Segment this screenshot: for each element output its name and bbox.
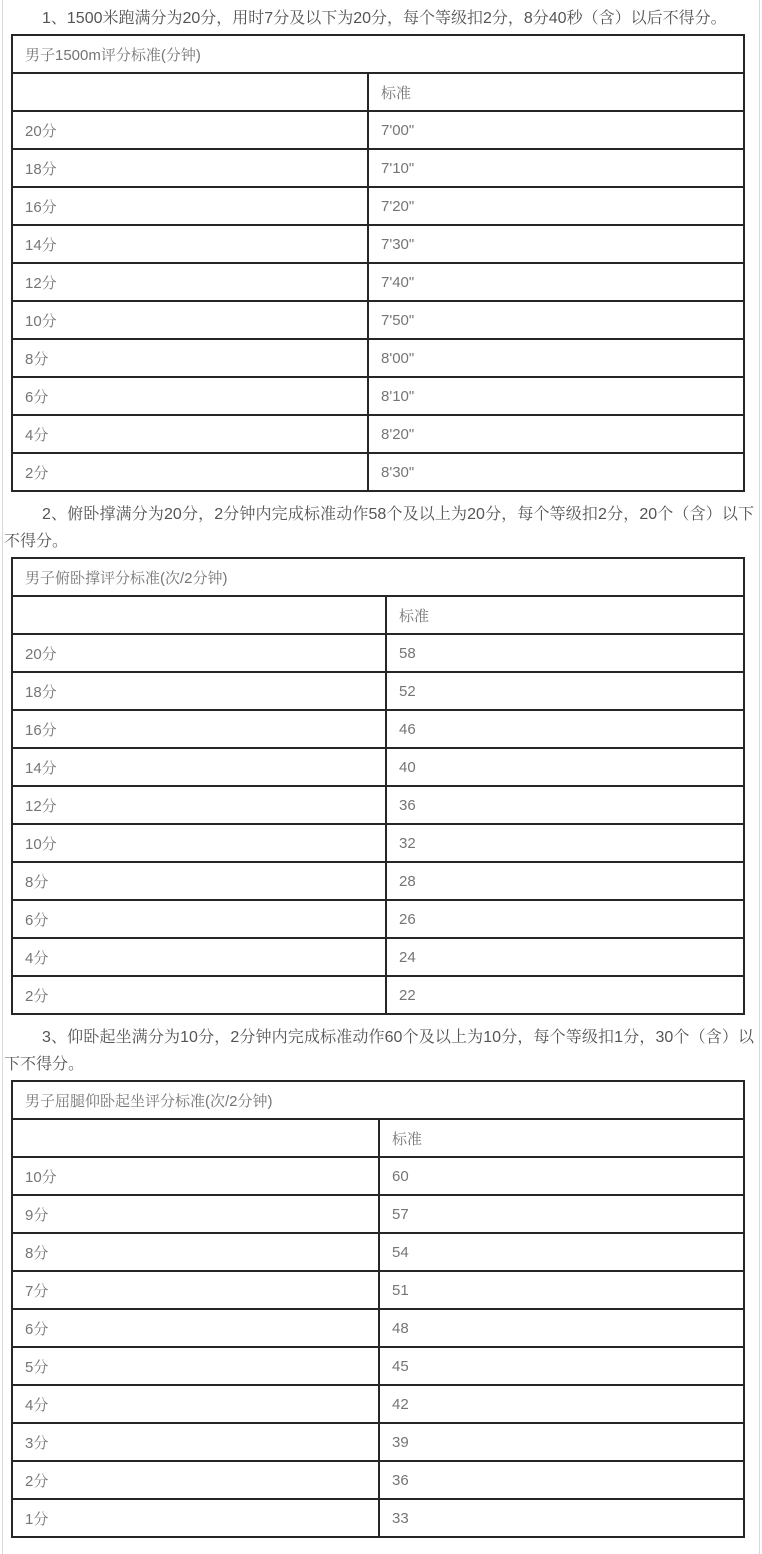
table-row: 8分54 xyxy=(12,1233,744,1271)
table-row: 3分39 xyxy=(12,1423,744,1461)
score-table: 男子屈腿仰卧起坐评分标准(次/2分钟) 标准 10分609分578分547分51… xyxy=(11,1080,745,1538)
standard-value-cell: 7'10" xyxy=(368,149,744,187)
standard-value-cell: 7'00" xyxy=(368,111,744,149)
table-title: 男子俯卧撑评分标准(次/2分钟) xyxy=(12,558,744,596)
table-row: 4分42 xyxy=(12,1385,744,1423)
standard-value-cell: 26 xyxy=(386,900,744,938)
table-row: 12分36 xyxy=(12,786,744,824)
standard-value-cell: 8'00" xyxy=(368,339,744,377)
score-cell: 2分 xyxy=(12,1461,379,1499)
table-row: 16分46 xyxy=(12,710,744,748)
standard-header-cell: 标准 xyxy=(379,1119,744,1157)
table-header-row: 标准 xyxy=(12,73,744,111)
section-paragraph: 1、1500米跑满分为20分，用时7分及以下为20分，每个等级扣2分，8分40秒… xyxy=(4,5,754,32)
table-row: 12分7'40" xyxy=(12,263,744,301)
score-cell: 16分 xyxy=(12,710,386,748)
score-cell: 2分 xyxy=(12,976,386,1014)
score-cell: 5分 xyxy=(12,1347,379,1385)
score-cell: 9分 xyxy=(12,1195,379,1233)
score-cell: 12分 xyxy=(12,263,368,301)
score-cell: 12分 xyxy=(12,786,386,824)
standard-value-cell: 58 xyxy=(386,634,744,672)
table-row: 16分7'20" xyxy=(12,187,744,225)
empty-header-cell xyxy=(12,73,368,111)
standard-value-cell: 8'10" xyxy=(368,377,744,415)
standard-value-cell: 32 xyxy=(386,824,744,862)
score-table: 男子俯卧撑评分标准(次/2分钟) 标准 20分5818分5216分4614分40… xyxy=(11,557,745,1015)
page-left-edge-line xyxy=(2,0,3,1554)
score-cell: 20分 xyxy=(12,634,386,672)
standard-value-cell: 48 xyxy=(379,1309,744,1347)
score-cell: 8分 xyxy=(12,862,386,900)
table-row: 10分60 xyxy=(12,1157,744,1195)
document-body: 1、1500米跑满分为20分，用时7分及以下为20分，每个等级扣2分，8分40秒… xyxy=(0,5,762,1538)
standard-value-cell: 36 xyxy=(386,786,744,824)
standard-header-cell: 标准 xyxy=(386,596,744,634)
standard-value-cell: 46 xyxy=(386,710,744,748)
table-row: 18分52 xyxy=(12,672,744,710)
standard-value-cell: 33 xyxy=(379,1499,744,1537)
score-section: 1、1500米跑满分为20分，用时7分及以下为20分，每个等级扣2分，8分40秒… xyxy=(0,5,762,492)
standard-value-cell: 22 xyxy=(386,976,744,1014)
table-row: 2分36 xyxy=(12,1461,744,1499)
score-section: 3、仰卧起坐满分为10分，2分钟内完成标准动作60个及以上为10分，每个等级扣1… xyxy=(0,1024,762,1538)
score-cell: 4分 xyxy=(12,1385,379,1423)
score-cell: 6分 xyxy=(12,900,386,938)
score-cell: 3分 xyxy=(12,1423,379,1461)
standard-value-cell: 52 xyxy=(386,672,744,710)
score-cell: 8分 xyxy=(12,339,368,377)
standard-value-cell: 8'20" xyxy=(368,415,744,453)
table-header-row: 标准 xyxy=(12,596,744,634)
section-paragraph: 2、俯卧撑满分为20分，2分钟内完成标准动作58个及以上为20分，每个等级扣2分… xyxy=(4,501,754,555)
table-row: 20分7'00" xyxy=(12,111,744,149)
standard-value-cell: 40 xyxy=(386,748,744,786)
table-header-row: 标准 xyxy=(12,1119,744,1157)
score-cell: 7分 xyxy=(12,1271,379,1309)
score-cell: 2分 xyxy=(12,453,368,491)
standard-value-cell: 51 xyxy=(379,1271,744,1309)
score-table: 男子1500m评分标准(分钟) 标准 20分7'00"18分7'10"16分7'… xyxy=(11,34,745,492)
table-title: 男子屈腿仰卧起坐评分标准(次/2分钟) xyxy=(12,1081,744,1119)
table-row: 10分7'50" xyxy=(12,301,744,339)
table-row: 5分45 xyxy=(12,1347,744,1385)
score-cell: 20分 xyxy=(12,111,368,149)
score-cell: 4分 xyxy=(12,415,368,453)
page-right-edge-line xyxy=(759,0,760,1554)
score-section: 2、俯卧撑满分为20分，2分钟内完成标准动作58个及以上为20分，每个等级扣2分… xyxy=(0,501,762,1015)
table-row: 7分51 xyxy=(12,1271,744,1309)
score-cell: 14分 xyxy=(12,225,368,263)
score-cell: 10分 xyxy=(12,824,386,862)
table-row: 1分33 xyxy=(12,1499,744,1537)
standard-value-cell: 60 xyxy=(379,1157,744,1195)
section-paragraph: 3、仰卧起坐满分为10分，2分钟内完成标准动作60个及以上为10分，每个等级扣1… xyxy=(4,1024,754,1078)
score-cell: 10分 xyxy=(12,301,368,339)
table-row: 14分40 xyxy=(12,748,744,786)
standard-value-cell: 45 xyxy=(379,1347,744,1385)
score-cell: 4分 xyxy=(12,938,386,976)
score-cell: 6分 xyxy=(12,1309,379,1347)
document-page: 1、1500米跑满分为20分，用时7分及以下为20分，每个等级扣2分，8分40秒… xyxy=(0,0,762,1554)
score-cell: 1分 xyxy=(12,1499,379,1537)
standard-value-cell: 42 xyxy=(379,1385,744,1423)
standard-value-cell: 36 xyxy=(379,1461,744,1499)
table-title-row: 男子1500m评分标准(分钟) xyxy=(12,35,744,73)
standard-value-cell: 28 xyxy=(386,862,744,900)
standard-value-cell: 8'30" xyxy=(368,453,744,491)
standard-value-cell: 24 xyxy=(386,938,744,976)
standard-value-cell: 7'40" xyxy=(368,263,744,301)
table-row: 14分7'30" xyxy=(12,225,744,263)
standard-value-cell: 7'50" xyxy=(368,301,744,339)
score-cell: 10分 xyxy=(12,1157,379,1195)
empty-header-cell xyxy=(12,596,386,634)
table-row: 9分57 xyxy=(12,1195,744,1233)
standard-value-cell: 54 xyxy=(379,1233,744,1271)
table-row: 8分28 xyxy=(12,862,744,900)
score-cell: 16分 xyxy=(12,187,368,225)
table-row: 18分7'10" xyxy=(12,149,744,187)
table-row: 4分8'20" xyxy=(12,415,744,453)
score-cell: 14分 xyxy=(12,748,386,786)
table-row: 6分8'10" xyxy=(12,377,744,415)
standard-value-cell: 7'30" xyxy=(368,225,744,263)
table-row: 8分8'00" xyxy=(12,339,744,377)
score-cell: 6分 xyxy=(12,377,368,415)
table-row: 10分32 xyxy=(12,824,744,862)
standard-value-cell: 7'20" xyxy=(368,187,744,225)
table-title: 男子1500m评分标准(分钟) xyxy=(12,35,744,73)
standard-header-cell: 标准 xyxy=(368,73,744,111)
table-row: 20分58 xyxy=(12,634,744,672)
table-row: 2分22 xyxy=(12,976,744,1014)
score-cell: 18分 xyxy=(12,149,368,187)
empty-header-cell xyxy=(12,1119,379,1157)
table-row: 6分26 xyxy=(12,900,744,938)
score-cell: 18分 xyxy=(12,672,386,710)
table-row: 4分24 xyxy=(12,938,744,976)
table-row: 6分48 xyxy=(12,1309,744,1347)
score-cell: 8分 xyxy=(12,1233,379,1271)
table-title-row: 男子俯卧撑评分标准(次/2分钟) xyxy=(12,558,744,596)
standard-value-cell: 57 xyxy=(379,1195,744,1233)
standard-value-cell: 39 xyxy=(379,1423,744,1461)
table-title-row: 男子屈腿仰卧起坐评分标准(次/2分钟) xyxy=(12,1081,744,1119)
table-row: 2分8'30" xyxy=(12,453,744,491)
